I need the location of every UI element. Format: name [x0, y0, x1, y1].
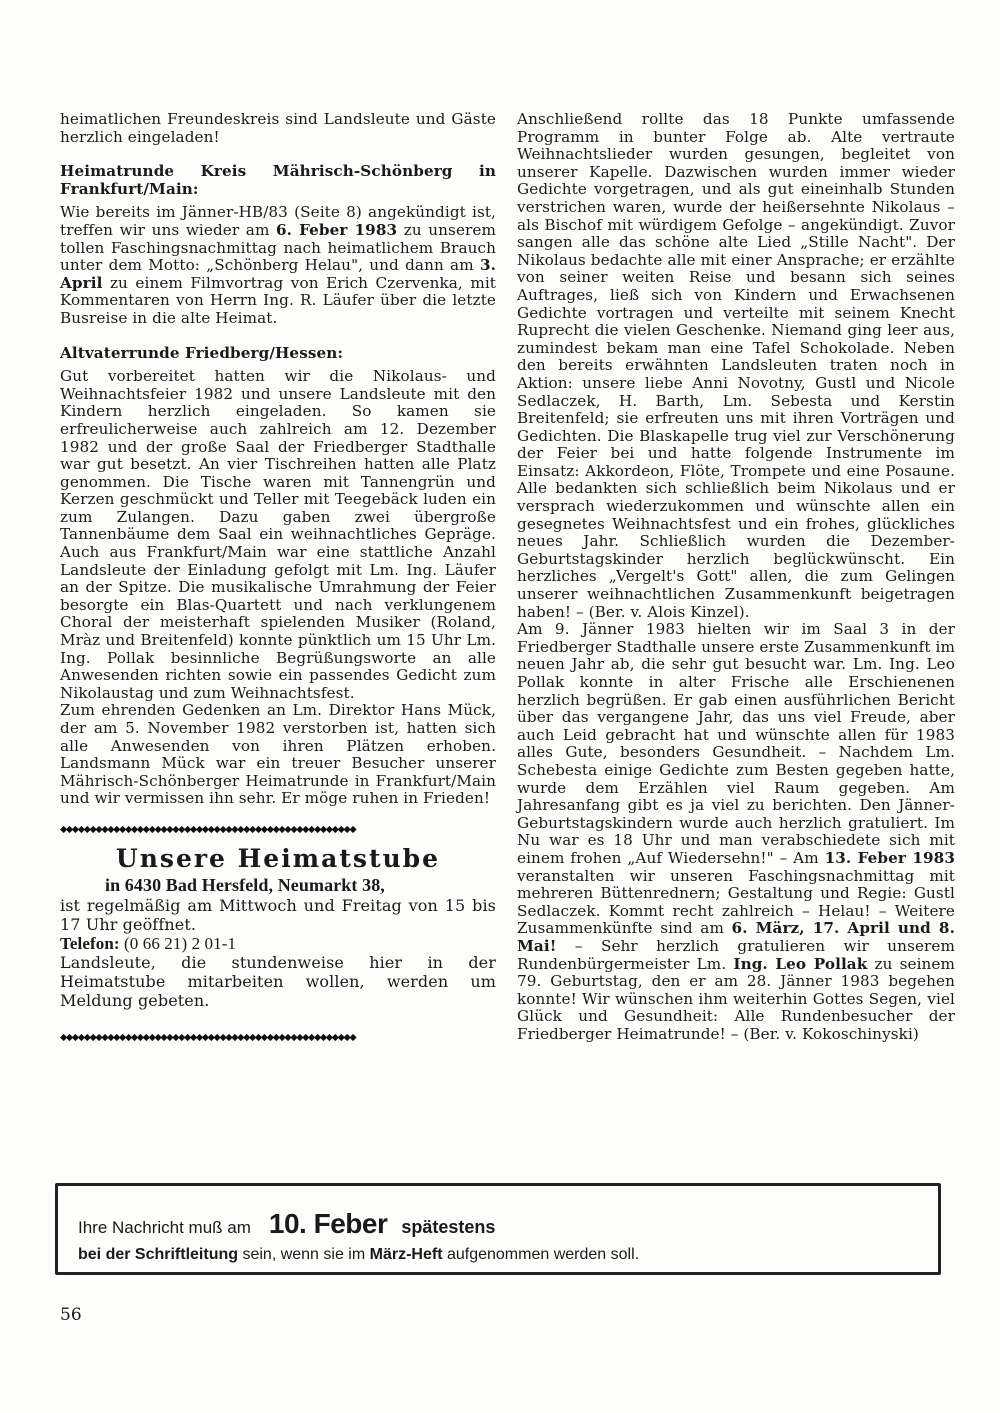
date-highlight: 6. Feber 1983	[276, 221, 397, 239]
right-column: Anschließend rollte das 18 Punkte umfass…	[517, 111, 955, 1043]
friedberg-paragraph-1: Gut vorbereitet hatten wir die Nikolaus-…	[60, 368, 496, 702]
diamond-divider-bottom: ◆◆◆◆◆◆◆◆◆◆◆◆◆◆◆◆◆◆◆◆◆◆◆◆◆◆◆◆◆◆◆◆◆◆◆◆◆◆◆◆…	[60, 1032, 495, 1044]
section-heading-friedberg: Altvaterrunde Friedberg/Hessen:	[60, 345, 496, 363]
heimatstube-title: Unsere Heimatstube	[60, 844, 496, 874]
heimatstube-hours: ist regelmäßig am Mittwoch und Freitag v…	[60, 896, 496, 934]
heimatstube-phone: Telefon: (0 66 21) 2 01-1	[60, 934, 496, 953]
date-highlight: 13. Feber 1983	[825, 849, 955, 867]
notice-text-bold: spätestens	[401, 1217, 495, 1237]
heimatstube-address: in 6430 Bad Hersfeld, Neumarkt 38,	[60, 874, 496, 896]
notice-text: aufgenommen werden soll.	[443, 1246, 640, 1263]
deadline-date: 10. Feber	[269, 1208, 387, 1239]
frankfurt-paragraph: Wie bereits im Jänner-HB/83 (Seite 8) an…	[60, 204, 496, 327]
notice-text: Ihre Nachricht muß am	[78, 1218, 251, 1237]
heimatstube-appeal: Landsleute, die stundenweise hier in der…	[60, 953, 496, 1010]
text-span: zu einem Filmvortrag von Erich Czervenka…	[60, 274, 496, 327]
notice-text-bold: März-Heft	[370, 1246, 443, 1263]
name-highlight: Ing. Leo Pollak	[733, 955, 867, 973]
jaenner-paragraph: Am 9. Jänner 1983 hielten wir im Saal 3 …	[517, 621, 955, 1043]
diamond-divider-top: ◆◆◆◆◆◆◆◆◆◆◆◆◆◆◆◆◆◆◆◆◆◆◆◆◆◆◆◆◆◆◆◆◆◆◆◆◆◆◆◆…	[60, 824, 495, 836]
nikolaus-paragraph: Anschließend rollte das 18 Punkte umfass…	[517, 111, 955, 621]
page-number: 56	[60, 1305, 82, 1325]
notice-text: sein, wenn sie im	[238, 1246, 370, 1263]
intro-paragraph: heimatlichen Freundeskreis sind Landsleu…	[60, 111, 496, 146]
notice-line-1: Ihre Nachricht muß am10. Feberspätestens	[78, 1208, 495, 1240]
text-span: Am 9. Jänner 1983 hielten wir im Saal 3 …	[517, 620, 955, 867]
notice-text-bold: bei der Schriftleitung	[78, 1246, 238, 1263]
phone-label: Telefon:	[60, 934, 120, 953]
section-heading-frankfurt: Heimatrunde Kreis Mährisch-Schönberg in …	[60, 163, 496, 198]
deadline-notice-box: Ihre Nachricht muß am10. Feberspätestens…	[55, 1183, 941, 1275]
phone-value: (0 66 21) 2 01-1	[120, 934, 236, 953]
friedberg-paragraph-2: Zum ehrenden Gedenken an Lm. Direktor Ha…	[60, 702, 496, 808]
left-column: heimatlichen Freundeskreis sind Landsleu…	[60, 111, 496, 1044]
notice-line-2: bei der Schriftleitung sein, wenn sie im…	[78, 1246, 639, 1264]
heimatstube-box: ◆◆◆◆◆◆◆◆◆◆◆◆◆◆◆◆◆◆◆◆◆◆◆◆◆◆◆◆◆◆◆◆◆◆◆◆◆◆◆◆…	[60, 824, 496, 1044]
